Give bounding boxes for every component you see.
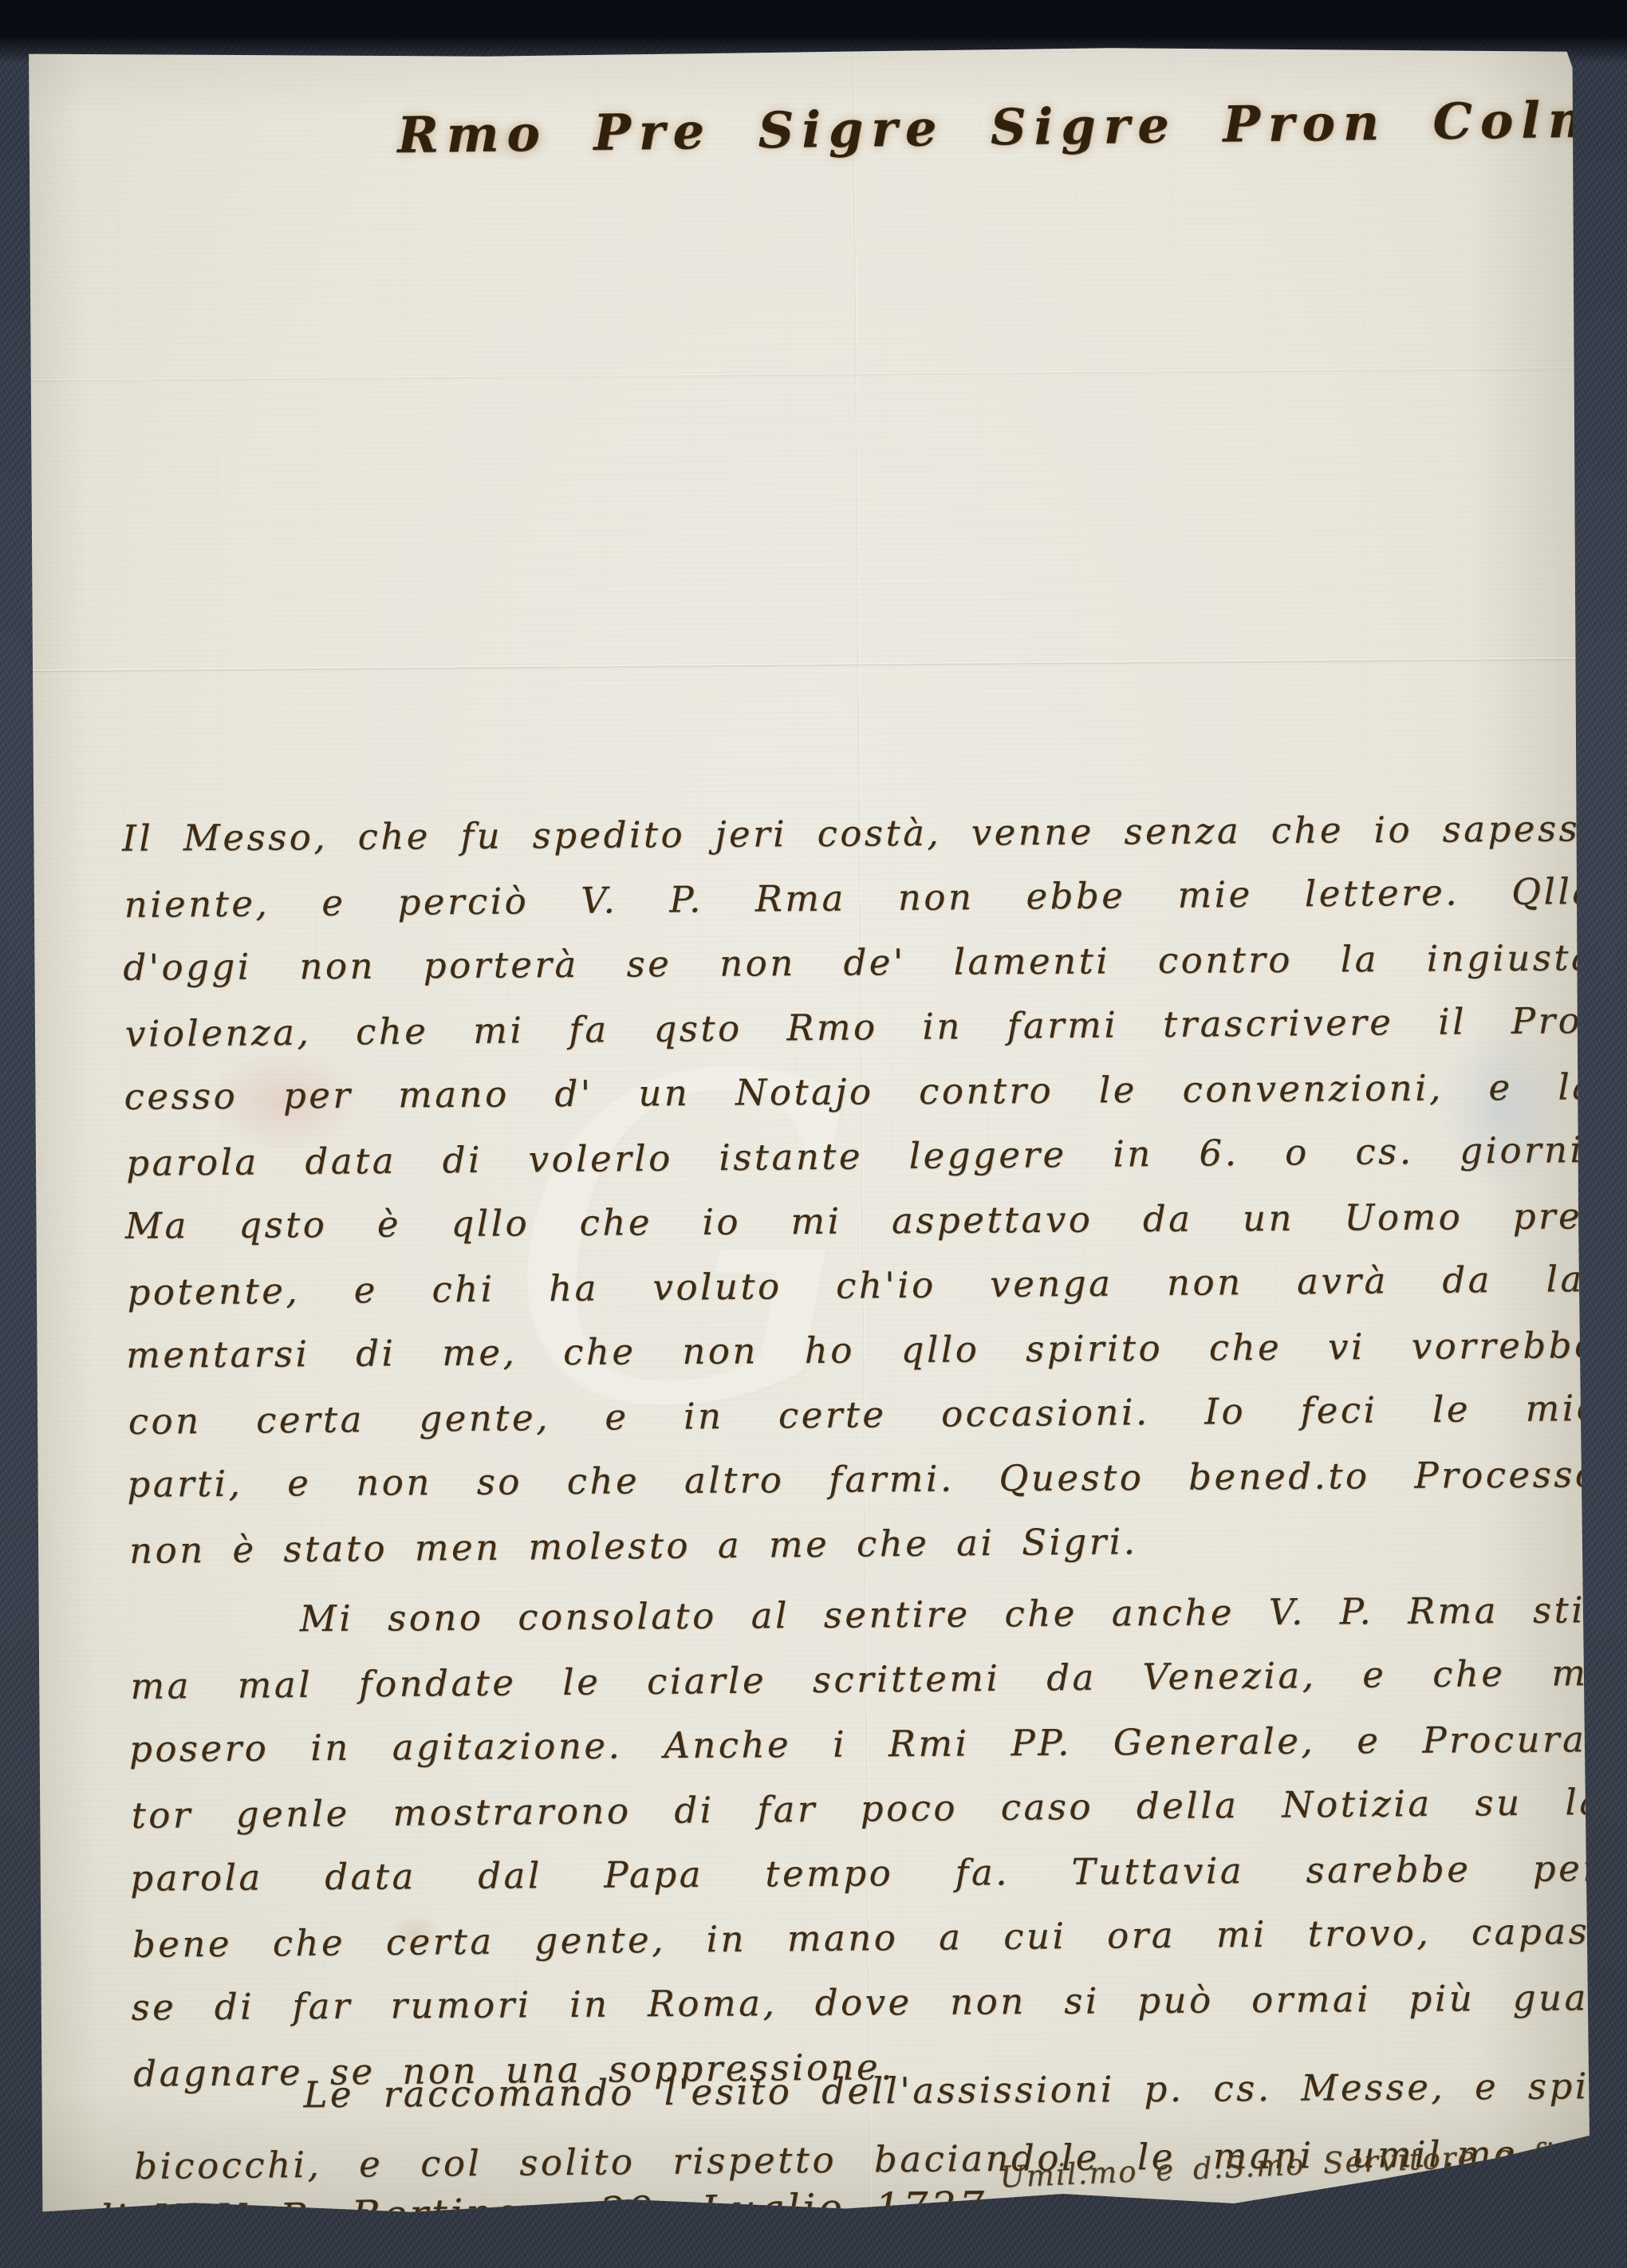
letter-line: potente, e chi ha voluto ch'io venga non… xyxy=(127,1246,1600,1325)
letter-paper: G Rmo Pre Sigre Sigre Pron Colmo. Il Mes… xyxy=(22,41,1590,2221)
letter-line: parola data di volerlo istante leggere i… xyxy=(126,1117,1599,1195)
letter-paragraph-1: Il Messo, che fu spedito jeri costà, ven… xyxy=(122,795,1601,1581)
letter-line: con certa gente, e in certe occasioni. I… xyxy=(128,1376,1601,1454)
letter-line: d'oggi non porterà se non de' lamenti co… xyxy=(123,925,1596,1000)
letter-line: tor genle mostrarono di far poco caso de… xyxy=(131,1770,1604,1848)
letter-line: ma mal fondate le ciarle scrittemi da Ve… xyxy=(130,1640,1603,1719)
letter-salutation: Rmo Pre Sigre Sigre Pron Colmo. xyxy=(397,94,1291,164)
letter-line: bene che certa gente, in mano a cui ora … xyxy=(132,1899,1605,1977)
letter-line: Il Messo, che fu spedito jeri costà, ven… xyxy=(122,796,1595,871)
letter-line: non è stato men molesto a me che ai Sigr… xyxy=(129,1505,1602,1583)
letter-line: posero in agitazione. Anche i Rmi PP. Ge… xyxy=(129,1707,1602,1782)
letter-line: Ma qsto è qllo che io mi aspettavo da un… xyxy=(125,1183,1598,1258)
letter-line: se di far rumori in Roma, dove non si pu… xyxy=(131,1965,1604,2040)
letter-line: Mi sono consolato al sentire che anche V… xyxy=(128,1577,1601,1652)
letter-line: Le raccomando l'esito dell'assissioni p.… xyxy=(132,2052,1605,2131)
letter-line: violenza, che mi fa qsto Rmo in farmi tr… xyxy=(125,988,1598,1066)
letter-line: mentarsi di me, che non ho qllo spirito … xyxy=(126,1313,1599,1388)
letter-line: parola data dal Papa tempo fa. Tuttavia … xyxy=(130,1836,1603,1911)
letter-line: parti, e non so che altro farmi. Questo … xyxy=(127,1442,1600,1517)
letter-line: cesso per mano d' un Notajo contro le co… xyxy=(124,1054,1597,1129)
letter-paragraph-2: Mi sono consolato al sentire che anche V… xyxy=(128,1577,1604,2105)
letter-line: niente, e perciò V. P. Rma non ebbe mie … xyxy=(124,859,1597,937)
